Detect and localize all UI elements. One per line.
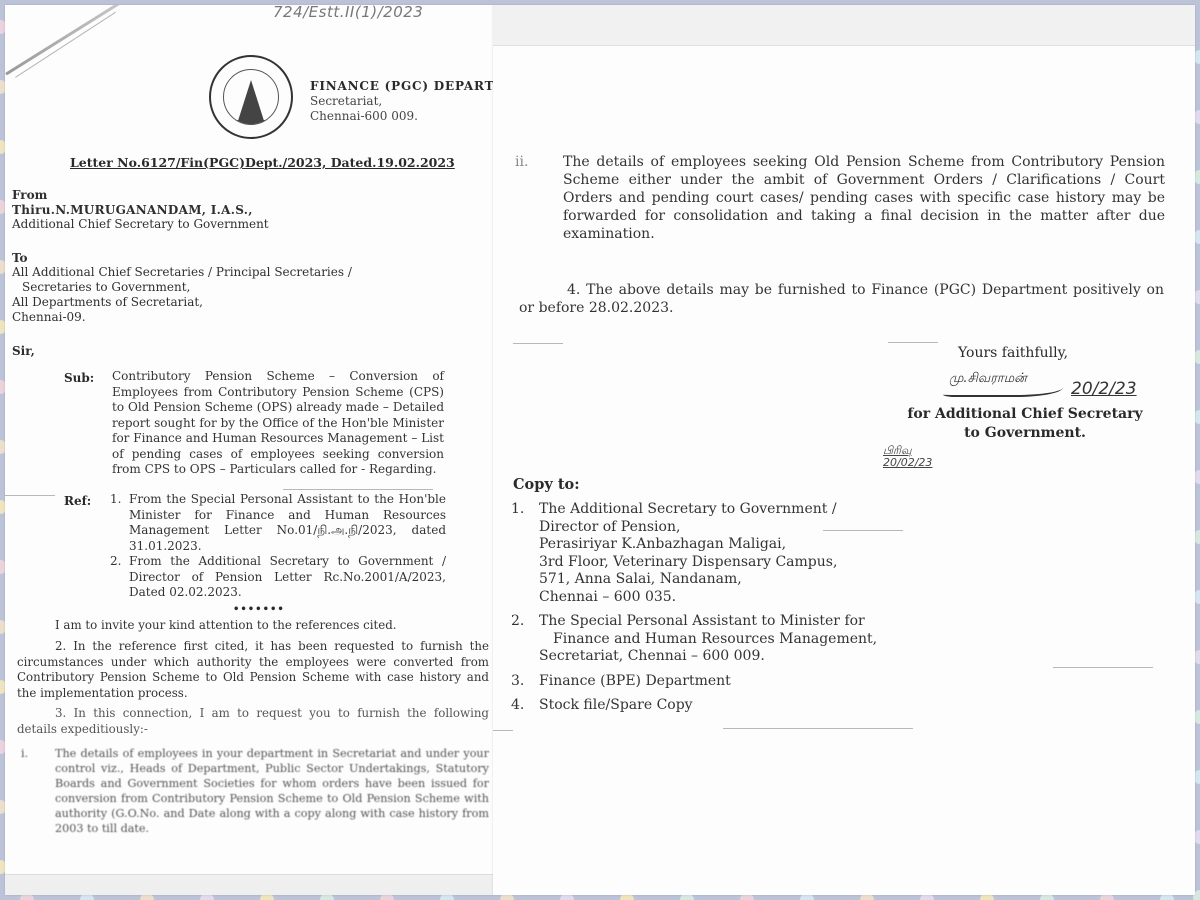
scan-artifact-line <box>493 730 513 731</box>
paragraph-2: 2. In the reference first cited, it has … <box>17 639 489 701</box>
scan-artifact-line <box>823 530 903 531</box>
scan-artifact-line <box>723 728 913 729</box>
recipient-line: Secretaries to Government, <box>22 280 190 295</box>
reference-list: 1. From the Special Personal Assistant t… <box>110 492 446 601</box>
reference-item: 2. From the Additional Secretary to Gove… <box>110 554 446 601</box>
recipient-line: Chennai-09. <box>12 310 86 325</box>
to-label: To <box>12 251 28 266</box>
recipient-line: All Additional Chief Secretaries / Princ… <box>12 265 352 280</box>
salutation: Sir, <box>12 344 35 359</box>
paragraph-1: I am to invite your kind attention to th… <box>17 618 489 634</box>
handwritten-file-number: 724/Estt.II(1)/2023 <box>273 5 423 21</box>
from-label: From <box>12 188 47 203</box>
scan-artifact-line <box>513 343 563 344</box>
subject-label: Sub: <box>64 371 94 385</box>
department-name: FINANCE (PGC) DEPARTMENT <box>310 79 493 94</box>
scan-artifact-line <box>1053 667 1153 668</box>
government-seal-icon <box>209 55 293 139</box>
scan-artifact-line <box>283 489 433 490</box>
separator-dots: ••••••• <box>233 604 285 615</box>
closing-salutation: Yours faithfully, <box>958 345 1068 361</box>
paragraph-4: 4. The above details may be furnished to… <box>519 281 1164 317</box>
scan-edge-strip <box>493 5 1195 46</box>
section-initial-stamp: பிரிவு 20/02/23 <box>883 445 932 469</box>
recipient-line: All Departments of Secretariat, <box>12 295 203 310</box>
reference-label: Ref: <box>64 494 91 508</box>
copy-to-item: 4. Stock file/Spare Copy <box>511 697 971 715</box>
copy-to-heading: Copy to: <box>513 476 580 493</box>
signature: மு.சிவராமன் 20/2/23 <box>943 369 1173 403</box>
department-header: FINANCE (PGC) DEPARTMENT Secretariat, Ch… <box>310 79 493 124</box>
request-item-ii: ii. The details of employees seeking Old… <box>515 153 1165 243</box>
letter-number: Letter No.6127/Fin(PGC)Dept./2023, Dated… <box>70 155 455 170</box>
copy-to-item: 2. The Special Personal Assistant to Min… <box>511 613 971 666</box>
pen-stroke-mark <box>15 12 116 78</box>
letter-page-2: ii. The details of employees seeking Old… <box>493 5 1195 895</box>
copy-to-item: 3. Finance (BPE) Department <box>511 673 971 691</box>
copy-to-list: 1. The Additional Secretary to Governmen… <box>511 501 971 722</box>
reference-item: 1. From the Special Personal Assistant t… <box>110 492 446 554</box>
copy-to-item: 1. The Additional Secretary to Governmen… <box>511 501 971 606</box>
scan-artifact-line <box>5 495 55 496</box>
department-address-line2: Chennai-600 009. <box>310 109 493 124</box>
paragraph-3: 3. In this connection, I am to request y… <box>17 706 489 737</box>
department-address-line1: Secretariat, <box>310 94 493 109</box>
request-item-i: i. The details of employees in your depa… <box>21 746 489 836</box>
scan-edge-strip <box>5 874 493 895</box>
signature-name: மு.சிவராமன் <box>949 371 1027 387</box>
scan-artifact-line <box>888 342 938 343</box>
letter-page-1: 724/Estt.II(1)/2023 FINANCE (PGC) DEPART… <box>5 5 493 895</box>
sender-designation: Additional Chief Secretary to Government <box>12 217 269 232</box>
sender-name: Thiru.N.MURUGANANDAM, I.A.S., <box>12 203 253 218</box>
signature-date: 20/2/23 <box>1071 379 1137 399</box>
signatory-title: for Additional Chief Secretary to Govern… <box>885 405 1165 443</box>
subject-text: Contributory Pension Scheme – Conversion… <box>112 369 444 478</box>
